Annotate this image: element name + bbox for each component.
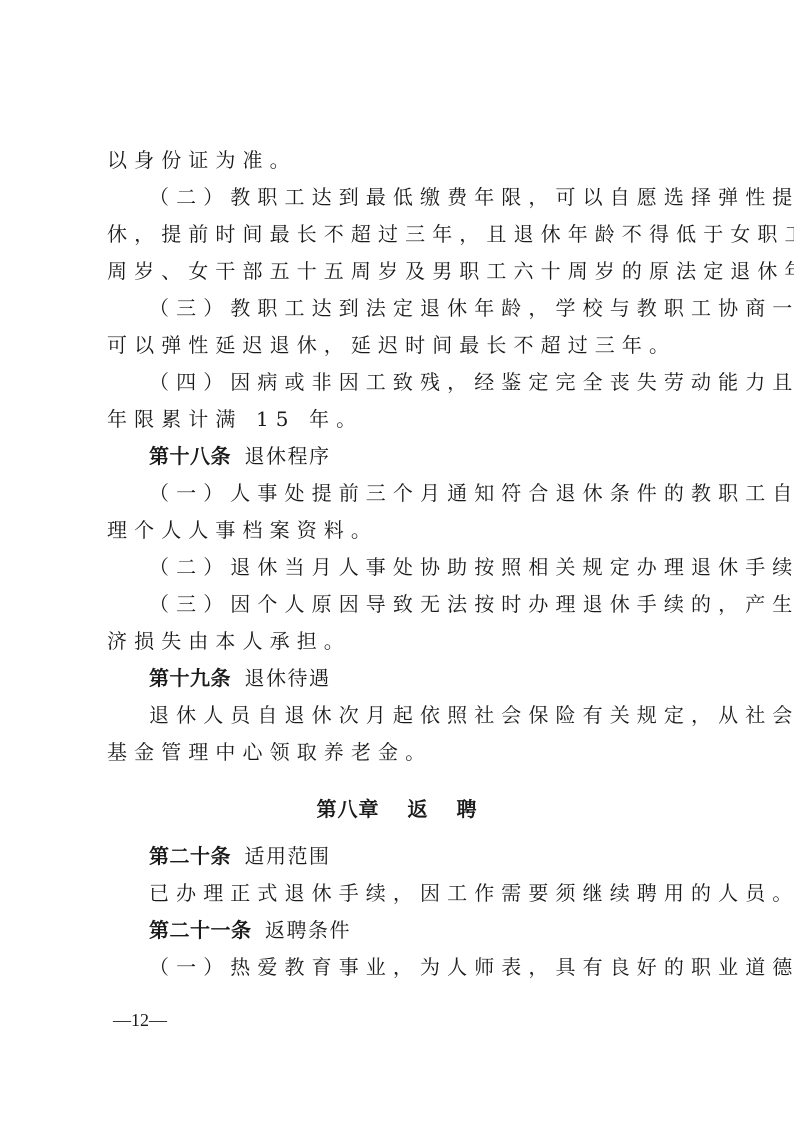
paragraph-line: 济损失由本人承担。 <box>107 628 695 654</box>
paragraph-line: 基金管理中心领取养老金。 <box>107 739 695 765</box>
article-heading: 第二十一条 返聘条件 <box>149 917 695 943</box>
article-title: 返聘条件 <box>265 918 351 942</box>
paragraph-line: （二）退休当月人事处协助按照相关规定办理退休手续。 <box>149 554 695 580</box>
paragraph-line: 休，提前时间最长不超过三年，且退休年龄不得低于女职工五十 <box>107 221 695 247</box>
article-number: 第十八条 <box>149 444 231 468</box>
article-heading: 第十九条 退休待遇 <box>149 665 695 691</box>
article-number: 第二十一条 <box>149 918 252 942</box>
paragraph-line: 以身份证为准。 <box>107 147 695 173</box>
article-title: 适用范围 <box>244 844 330 868</box>
page-number: —12— <box>113 1010 167 1031</box>
paragraph-line: 周岁、女干部五十五周岁及男职工六十周岁的原法定退休年龄。 <box>107 258 695 284</box>
chapter-title-char: 返 <box>408 797 429 821</box>
article-title: 退休待遇 <box>244 666 330 690</box>
paragraph-line: （二）教职工达到最低缴费年限，可以自愿选择弹性提前退 <box>149 184 695 210</box>
paragraph-line: 已办理正式退休手续，因工作需要须继续聘用的人员。 <box>149 880 695 906</box>
paragraph-line: （四）因病或非因工致残，经鉴定完全丧失劳动能力且缴费 <box>149 369 695 395</box>
paragraph-line: （三）教职工达到法定退休年龄，学校与教职工协商一致的， <box>149 295 695 321</box>
article-heading: 第二十条 适用范围 <box>149 843 695 869</box>
article-number: 第二十条 <box>149 844 231 868</box>
article-title: 退休程序 <box>244 444 330 468</box>
chapter-heading: 第八章 返 聘 <box>0 793 794 822</box>
paragraph-line: （三）因个人原因导致无法按时办理退休手续的，产生的经 <box>149 591 695 617</box>
document-page: 以身份证为准。 （二）教职工达到最低缴费年限，可以自愿选择弹性提前退 休，提前时… <box>0 0 794 1122</box>
chapter-number: 第八章 <box>317 797 380 821</box>
chapter-title-char: 聘 <box>456 797 477 821</box>
paragraph-line: 理个人人事档案资料。 <box>107 517 695 543</box>
paragraph-line: （一）热爱教育事业，为人师表，具有良好的职业道德。 <box>149 954 695 980</box>
paragraph-line: （一）人事处提前三个月通知符合退休条件的教职工自行整 <box>149 480 695 506</box>
paragraph-line: 可以弹性延迟退休，延迟时间最长不超过三年。 <box>107 332 695 358</box>
paragraph-line: 年限累计满 15 年。 <box>107 406 695 432</box>
article-heading: 第十八条 退休程序 <box>149 443 695 469</box>
article-number: 第十九条 <box>149 666 231 690</box>
paragraph-line: 退休人员自退休次月起依照社会保险有关规定，从社会保险 <box>149 702 695 728</box>
